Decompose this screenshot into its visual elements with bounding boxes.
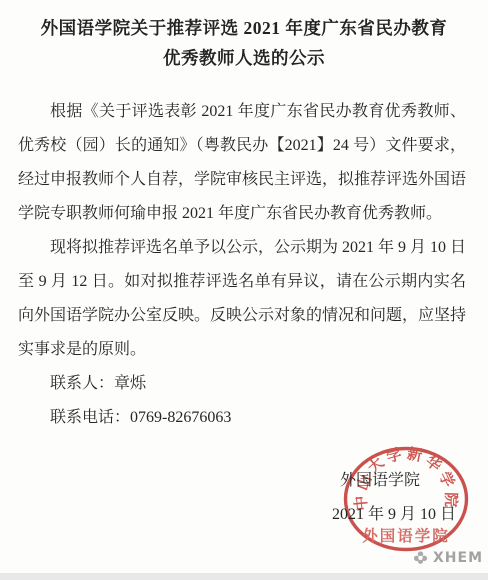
- body-paragraph-1: 根据《关于评选表彰 2021 年度广东省民办教育优秀教师、优秀校（园）长的通知》…: [18, 95, 466, 231]
- xhem-logo-icon: [412, 549, 429, 566]
- contact-person-line: 联系人：章烁: [18, 367, 466, 401]
- title-line-1: 外国语学院关于推荐评选 2021 年度广东省民办教育: [0, 13, 488, 43]
- contact-phone-line: 联系电话：0769-82676063: [18, 401, 466, 435]
- body-paragraph-2: 现将拟推荐评选名单予以公示，公示期为 2021 年 9 月 10 日至 9 月 …: [18, 231, 466, 367]
- announcement-document: 外国语学院关于推荐评选 2021 年度广东省民办教育 优秀教师人选的公示 根据《…: [0, 0, 488, 580]
- signature-line: 外国语学院: [18, 464, 466, 498]
- date-line: 2021 年 9 月 10 日: [18, 498, 466, 532]
- watermark-text: XHEM: [433, 550, 483, 566]
- document-body: 根据《关于评选表彰 2021 年度广东省民办教育优秀教师、优秀校（园）长的通知》…: [18, 95, 466, 532]
- watermark: XHEM: [412, 549, 483, 566]
- title-line-2: 优秀教师人选的公示: [0, 43, 488, 73]
- document-title: 外国语学院关于推荐评选 2021 年度广东省民办教育 优秀教师人选的公示: [0, 0, 488, 73]
- bottom-divider: [0, 573, 488, 580]
